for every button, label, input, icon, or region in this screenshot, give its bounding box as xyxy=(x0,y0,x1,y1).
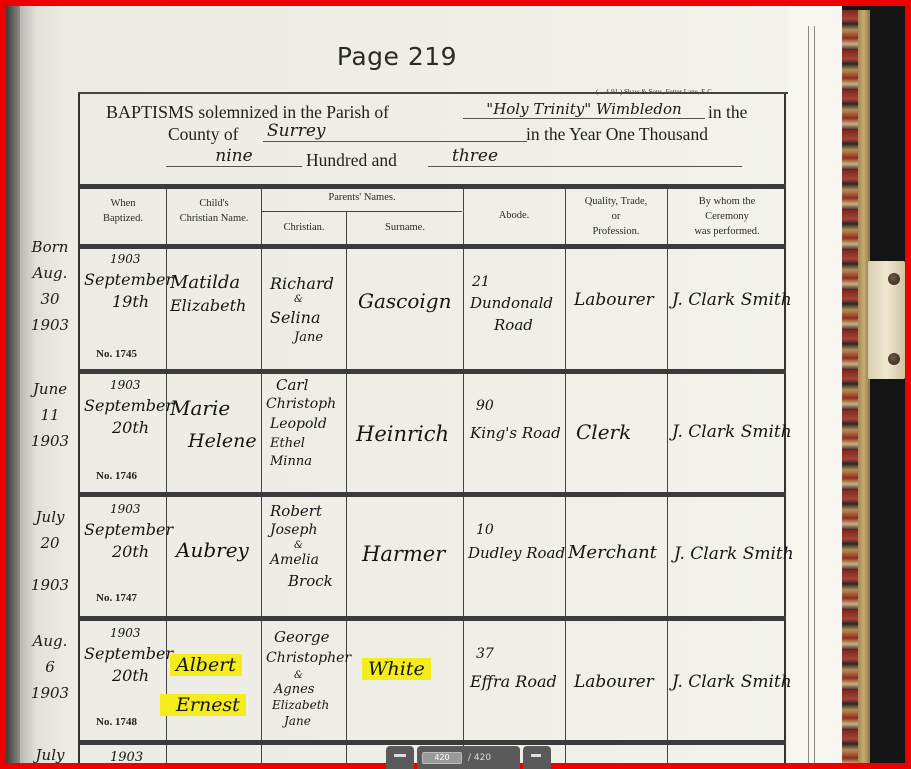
col-parents-names: Parents' Names. xyxy=(262,190,462,205)
heading-title: BAPTISMS xyxy=(106,102,194,122)
col-when-baptized: When Baptized. xyxy=(80,196,166,226)
page-gutter-shadow xyxy=(6,6,20,763)
col-parents-christian: Christian. xyxy=(262,220,346,235)
parish-field: "Holy Trinity" Wimbledon xyxy=(463,100,705,119)
entry-number: No. 1748 xyxy=(96,716,137,728)
register-heading: BAPTISMS solemnized in the Parish of "Ho… xyxy=(80,94,788,186)
previous-page-icon xyxy=(394,754,406,757)
entry-number: No. 1745 xyxy=(96,348,137,360)
highlighted-child-first-name: Albert xyxy=(170,654,242,676)
col-profession: Quality, Trade, or Profession. xyxy=(566,194,666,239)
year-field: three xyxy=(428,146,742,167)
entry-number: No. 1747 xyxy=(96,592,137,604)
margin-note-entry-2: June 11 1903 xyxy=(30,376,70,454)
page-number-input[interactable]: 420 xyxy=(422,752,462,764)
margin-note-entry-3: July 20 1903 xyxy=(30,504,70,598)
book-cover-edge xyxy=(858,10,870,763)
county-field: Surrey xyxy=(263,121,527,142)
page-number: Page 219 xyxy=(6,42,788,71)
century-field: nine xyxy=(166,146,302,167)
col-child-name: Child's Christian Name. xyxy=(167,196,261,226)
entry-number: No. 1746 xyxy=(96,470,137,482)
baptism-register-form: BAPTISMS solemnized in the Parish of "Ho… xyxy=(78,92,788,763)
page-right-margin xyxy=(788,6,842,763)
col-officiant: By whom the Ceremony was performed. xyxy=(668,194,786,239)
previous-page-button[interactable] xyxy=(386,746,414,769)
margin-note-entry-4: Aug. 6 1903 xyxy=(30,628,70,706)
rule xyxy=(80,184,786,189)
page-total: / 420 xyxy=(468,753,491,763)
image-viewer-frame: Page 219 (—4-91.) Shaw & Sons, Fetter La… xyxy=(6,6,905,763)
col-parents-surname: Surname. xyxy=(347,220,463,235)
col-abode: Abode. xyxy=(464,208,564,223)
page-navigator: 420 / 420 xyxy=(417,746,520,769)
margin-note-entry-5: July xyxy=(30,742,70,763)
register-page-scan: Page 219 (—4-91.) Shaw & Sons, Fetter La… xyxy=(6,6,842,763)
next-page-button[interactable] xyxy=(523,746,551,769)
book-clasp xyxy=(868,261,905,379)
next-page-icon xyxy=(531,754,541,757)
viewer-page-toolbar: 420 / 420 xyxy=(386,746,552,769)
highlighted-surname: White xyxy=(362,658,431,680)
highlighted-child-middle-name: Ernest xyxy=(160,694,246,716)
margin-note-entry-1: Born Aug. 30 1903 xyxy=(30,234,70,338)
